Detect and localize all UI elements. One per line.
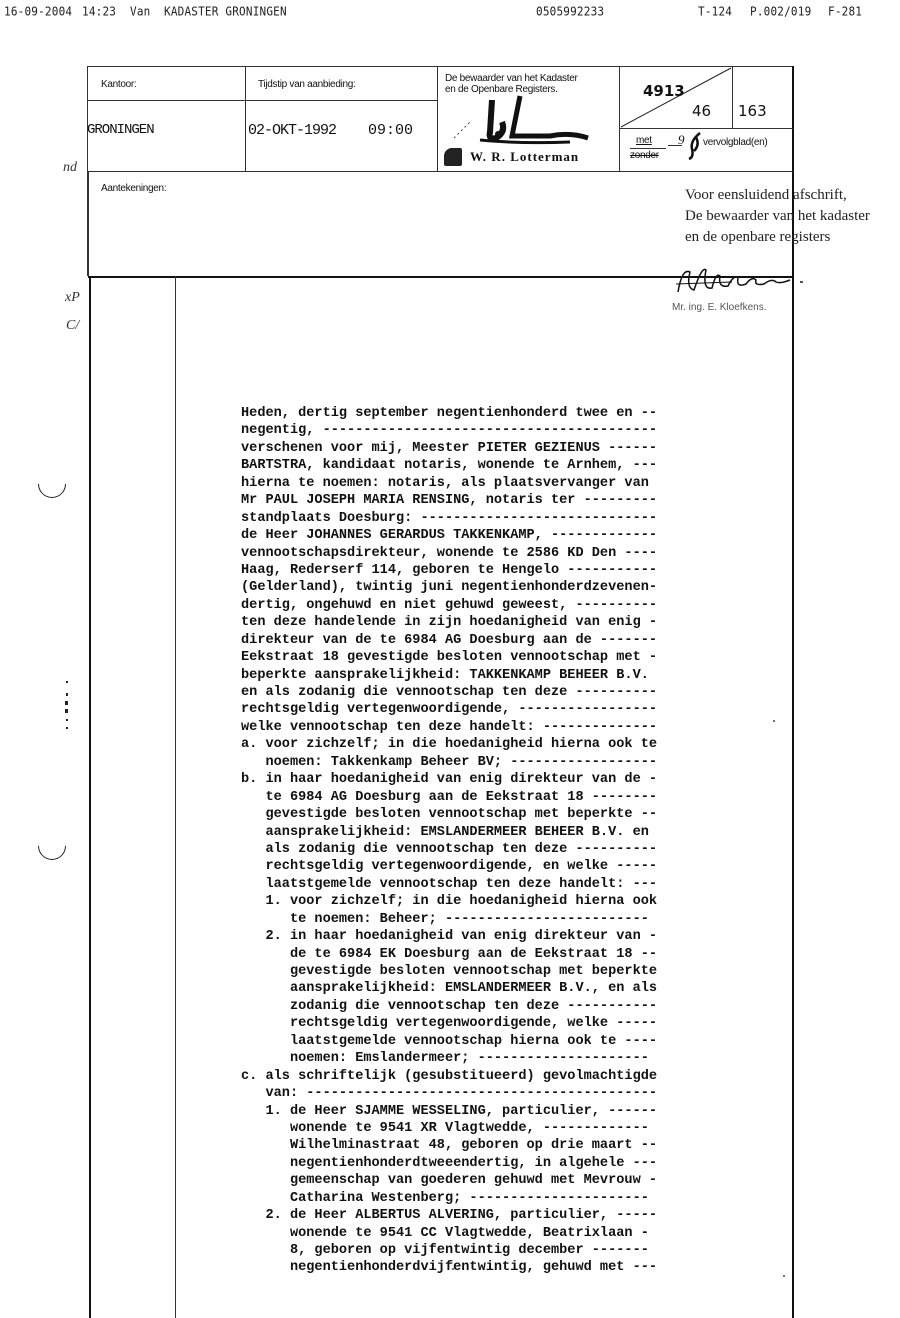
deed-line: rechtsgeldig vertegenwoordigende, ------…	[241, 701, 761, 718]
margin-speck-icon	[63, 675, 71, 735]
deed-line: wonende te 9541 CC Vlagtwedde, Beatrixla…	[241, 1225, 761, 1242]
deed-line: aansprakelijkheid: EMSLANDERMEER BEHEER …	[241, 824, 761, 841]
deed-frame-top	[88, 276, 793, 278]
deed-line: negentienhonderdvijfentwintig, gehuwd me…	[241, 1259, 761, 1276]
deed-frame-left	[89, 276, 91, 1318]
deed-line: en als zodanig die vennootschap ten deze…	[241, 684, 761, 701]
deed-line: Eekstraat 18 gevestigde besloten vennoot…	[241, 649, 761, 666]
deed-line: BARTSTRA, kandidaat notaris, wonende te …	[241, 457, 761, 474]
stamp-signatory: W. R. Lotterman	[470, 149, 579, 165]
deed-line: Mr PAUL JOSEPH MARIA RENSING, notaris te…	[241, 492, 761, 509]
fax-phone: 0505992233	[536, 4, 604, 19]
fax-date: 16-09-2004	[4, 4, 72, 19]
form-col-divider-2	[437, 66, 438, 171]
deed-line: a. voor zichzelf; in die hoedanigheid hi…	[241, 736, 761, 753]
deed-line: dertig, ongehuwd en niet gehuwd geweest,…	[241, 597, 761, 614]
certification-line-3: en de openbare registers	[685, 227, 900, 248]
deed-line: 2. in haar hoedanigheid van enig direkte…	[241, 928, 761, 945]
deed-line: Wilhelminastraat 48, geboren op drie maa…	[241, 1137, 761, 1154]
office-value: GRONINGEN	[87, 122, 154, 138]
register-number: 46	[692, 102, 711, 120]
deed-line: negentienhonderdtweeendertig, in algehel…	[241, 1155, 761, 1172]
form-row-divider	[87, 100, 437, 101]
notes-label: Aantekeningen:	[101, 183, 166, 194]
deed-line: 8, geboren op vijfentwintig december ---…	[241, 1242, 761, 1259]
with-without-divider	[630, 148, 666, 149]
mark-dot	[800, 281, 803, 283]
deed-line: zodanig die vennootschap ten deze ------…	[241, 998, 761, 1015]
fax-from-label: Van	[130, 4, 150, 19]
speck	[452, 1268, 454, 1270]
register-part: 4913	[643, 82, 685, 100]
with-option: met	[636, 135, 652, 146]
fax-time: 14:23	[82, 4, 116, 19]
stamp-line-1: De bewaarder van het Kadaster	[445, 73, 620, 84]
form-header-bottom	[87, 171, 793, 172]
deed-line: Heden, dertig september negentienhonderd…	[241, 405, 761, 422]
deed-line: gevestigde besloten vennootschap met bep…	[241, 963, 761, 980]
deed-line: Haag, Rederserf 114, geboren te Hengelo …	[241, 562, 761, 579]
deed-line: als zodanig die vennootschap ten deze --…	[241, 841, 761, 858]
punch-hole-icon	[32, 464, 72, 504]
fax-f-code: F-281	[828, 4, 862, 19]
deed-line: verschenen voor mij, Meester PIETER GEZI…	[241, 440, 761, 457]
certifier-name: Mr. ing. E. Kloefkens.	[672, 302, 767, 313]
margin-mark-1: nd	[63, 160, 77, 176]
deed-line: c. als schriftelijk (gesubstitueerd) gev…	[241, 1068, 761, 1085]
punch-hole-icon	[32, 826, 72, 866]
deed-line: hierna te noemen: notaris, als plaatsver…	[241, 475, 761, 492]
speck	[773, 720, 775, 722]
deed-line: rechtsgeldig vertegenwoordigende, welke …	[241, 1015, 761, 1032]
deed-line: standplaats Doesburg: ------------------…	[241, 510, 761, 527]
deed-line: negentig, ------------------------------…	[241, 422, 761, 439]
deed-line: de te 6984 EK Doesburg aan de Eekstraat …	[241, 946, 761, 963]
deed-line: 2. de Heer ALBERTUS ALVERING, particulie…	[241, 1207, 761, 1224]
without-option: zonder	[630, 150, 659, 161]
deed-line: noemen: Emslandermeer; -----------------…	[241, 1050, 761, 1067]
deed-line: laatstgemelde vennootschap hierna ook te…	[241, 1033, 761, 1050]
certification-line-1: Voor eensluidend afschrift,	[685, 185, 900, 206]
deed-line: 1. voor zichzelf; in die hoedanigheid hi…	[241, 893, 761, 910]
margin-mark-3: C/	[66, 318, 79, 334]
fax-sender: KADASTER GRONINGEN	[164, 4, 287, 19]
margin-mark-2: xP	[65, 290, 80, 306]
form-border-right	[792, 66, 794, 1318]
offered-date: 02-OKT-1992	[248, 122, 336, 139]
deed-line: wonende te 9541 XR Vlagtwedde, ---------…	[241, 1120, 761, 1137]
deed-line: de Heer JOHANNES GERARDUS TAKKENKAMP, --…	[241, 527, 761, 544]
deed-text: Heden, dertig september negentienhonderd…	[241, 405, 761, 1277]
deed-line: beperkte aansprakelijkheid: TAKKENKAMP B…	[241, 667, 761, 684]
speck	[783, 1275, 785, 1277]
deed-line: rechtsgeldig vertegenwoordigende, en wel…	[241, 858, 761, 875]
deed-line: te noemen: Beheer; ---------------------…	[241, 911, 761, 928]
deed-line: welke vennootschap ten deze handelt: ---…	[241, 719, 761, 736]
deed-margin-column	[175, 276, 176, 1318]
notes-border-left	[88, 171, 89, 276]
certification-line-2: De bewaarder van het kadaster	[685, 206, 900, 227]
deed-line: direkteur van de te 6984 AG Doesburg aan…	[241, 632, 761, 649]
handwritten-strike-icon	[686, 131, 704, 161]
office-label: Kantoor:	[101, 79, 136, 90]
fax-page: P.002/019	[750, 4, 811, 19]
certification-block: Voor eensluidend afschrift, De bewaarder…	[685, 185, 900, 248]
continuation-count: 9	[678, 132, 685, 148]
deed-line: laatstgemelde vennootschap ten deze hand…	[241, 876, 761, 893]
deed-line: Catharina Westenberg; ------------------…	[241, 1190, 761, 1207]
deed-line: vennootschapsdirekteur, wonende te 2586 …	[241, 545, 761, 562]
deed-line: aansprakelijkheid: EMSLANDERMEER B.V., e…	[241, 980, 761, 997]
certifier-signature-icon	[672, 262, 797, 298]
deed-line: 1. de Heer SJAMME WESSELING, particulier…	[241, 1103, 761, 1120]
deed-line: gevestigde besloten vennootschap met bep…	[241, 806, 761, 823]
deed-line: b. in haar hoedanigheid van enig direkte…	[241, 771, 761, 788]
fax-tx-id: T-124	[698, 4, 732, 19]
stamp-mark-icon	[444, 148, 462, 166]
offered-label: Tijdstip van aanbieding:	[258, 79, 356, 90]
offered-time: 09:00	[368, 122, 413, 139]
deed-line: van: -----------------------------------…	[241, 1085, 761, 1102]
continuation-label: vervolgblad(en)	[703, 137, 767, 148]
form-col-divider-1	[245, 66, 246, 171]
deed-line: noemen: Takkenkamp Beheer BV; ----------…	[241, 754, 761, 771]
deed-line: ten deze handelende in zijn hoedanigheid…	[241, 614, 761, 631]
register-page: 163	[738, 102, 767, 120]
deed-line: gemeenschap van goederen gehuwd met Mevr…	[241, 1172, 761, 1189]
deed-line: te 6984 AG Doesburg aan de Eekstraat 18 …	[241, 789, 761, 806]
deed-line: (Gelderland), twintig juni negentienhond…	[241, 579, 761, 596]
